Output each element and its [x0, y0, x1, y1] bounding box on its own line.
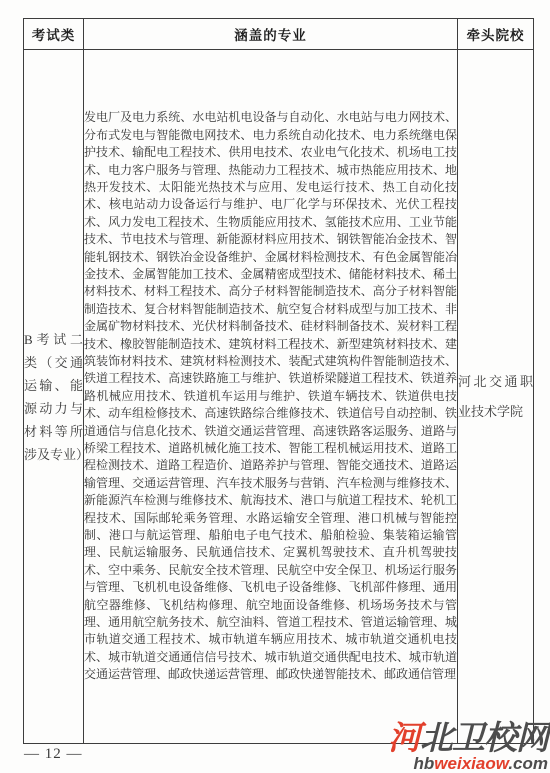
document-page: 考试类 涵盖的专业 牵头院校 B考试二类（交通运输、能源动力与材料等所涉及专业）… — [0, 0, 550, 773]
header-exam-category: 考试类 — [24, 19, 84, 50]
table-row: B考试二类（交通运输、能源动力与材料等所涉及专业） 发电厂及电力系统、水电站机电… — [24, 50, 534, 744]
cell-covered-majors: 发电厂及电力系统、水电站机电设备与自动化、水电站与电力网技术、分布式发电与智能微… — [84, 50, 458, 744]
watermark-logo-cn: 河北卫校网 — [388, 721, 548, 754]
header-lead-institution: 牵头院校 — [458, 19, 534, 50]
page-number: — 12 — — [24, 746, 83, 763]
watermark-url-highlight: weixiaow — [434, 754, 508, 773]
site-watermark: 河北卫校网 hbweixiaow.com — [388, 721, 548, 772]
cell-exam-category: B考试二类（交通运输、能源动力与材料等所涉及专业） — [24, 50, 84, 744]
watermark-cn-red: 河 — [388, 719, 420, 756]
watermark-url-suffix: .com — [508, 754, 548, 773]
header-covered-majors: 涵盖的专业 — [84, 19, 458, 50]
watermark-cn-dark: 北卫校网 — [420, 719, 548, 756]
majors-table: 考试类 涵盖的专业 牵头院校 B考试二类（交通运输、能源动力与材料等所涉及专业）… — [23, 18, 534, 744]
watermark-url: hbweixiaow.com — [388, 755, 548, 772]
watermark-url-prefix: hb — [414, 754, 435, 773]
cell-lead-institution: 河北交通职业技术学院 — [458, 50, 534, 744]
table-header-row: 考试类 涵盖的专业 牵头院校 — [24, 19, 534, 50]
